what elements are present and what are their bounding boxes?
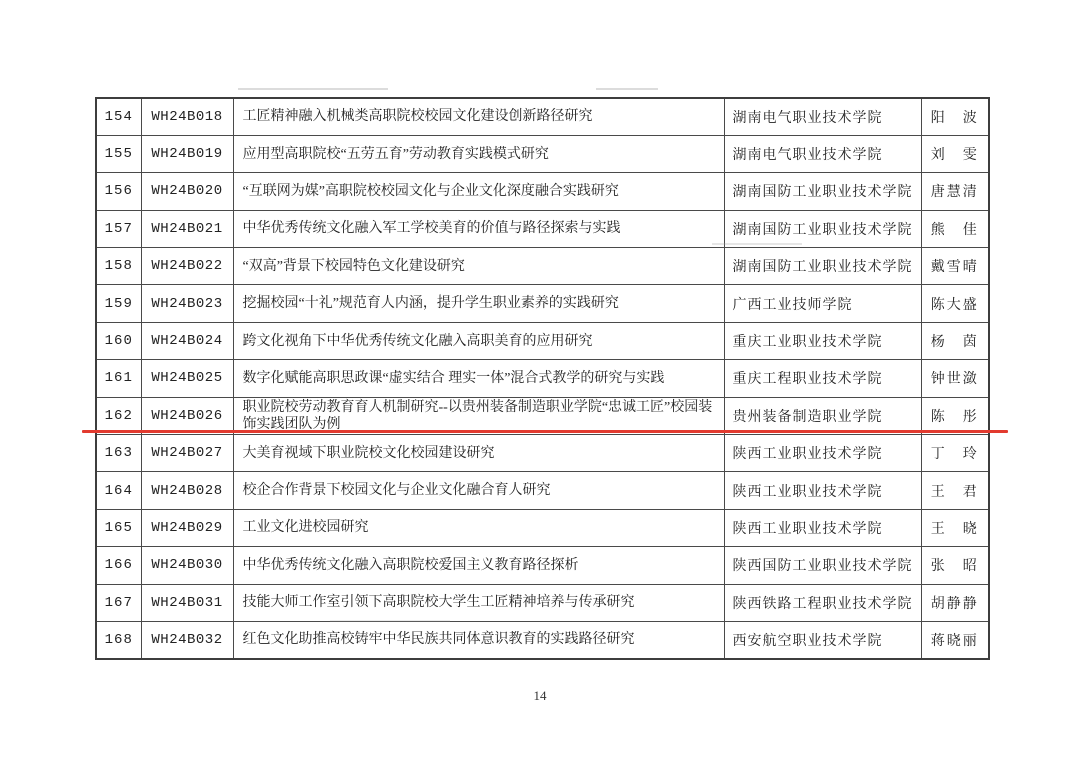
project-title-cell: “互联网为媒”高职院校校园文化与企业文化深度融合实践研究	[233, 173, 724, 210]
projects-table-body: 154 WH24B018 工匠精神融入机械类高职院校校园文化建设创新路径研究 湖…	[96, 98, 989, 659]
table-row: 161 WH24B025 数字化赋能高职思政课“虚实结合 理实一体”混合式教学的…	[96, 360, 989, 397]
project-code-cell: WH24B029	[141, 509, 233, 546]
project-code-cell: WH24B028	[141, 472, 233, 509]
table-row: 158 WH24B022 “双高”背景下校园特色文化建设研究 湖南国防工业职业技…	[96, 248, 989, 285]
leader-name-cell: 张 昭	[921, 547, 989, 584]
row-number-cell: 159	[96, 285, 141, 322]
leader-name-cell: 熊 佳	[921, 210, 989, 247]
project-title-cell: 挖掘校园“十礼”规范育人内涵，提升学生职业素养的实践研究	[233, 285, 724, 322]
project-title-cell: 职业院校劳动教育育人机制研究--以贵州装备制造职业学院“忠诚工匠”校园装饰实践团…	[233, 397, 724, 434]
project-title-cell: 校企合作背景下校园文化与企业文化融合育人研究	[233, 472, 724, 509]
table-row: 159 WH24B023 挖掘校园“十礼”规范育人内涵，提升学生职业素养的实践研…	[96, 285, 989, 322]
row-number-cell: 168	[96, 621, 141, 658]
table-row: 166 WH24B030 中华优秀传统文化融入高职院校爱国主义教育路径探析 陕西…	[96, 547, 989, 584]
scan-artifact	[238, 88, 388, 90]
institution-cell: 陕西工业职业技术学院	[724, 509, 921, 546]
scan-artifact	[596, 88, 658, 90]
table-row: 157 WH24B021 中华优秀传统文化融入军工学校美育的价值与路径探索与实践…	[96, 210, 989, 247]
project-title-cell: 跨文化视角下中华优秀传统文化融入高职美育的应用研究	[233, 322, 724, 359]
institution-cell: 湖南电气职业技术学院	[724, 135, 921, 172]
row-number-cell: 164	[96, 472, 141, 509]
institution-cell: 湖南电气职业技术学院	[724, 98, 921, 135]
leader-name-cell: 阳 波	[921, 98, 989, 135]
project-title-cell: 中华优秀传统文化融入军工学校美育的价值与路径探索与实践	[233, 210, 724, 247]
institution-cell: 广西工业技师学院	[724, 285, 921, 322]
row-number-cell: 167	[96, 584, 141, 621]
project-title-cell: 红色文化助推高校铸牢中华民族共同体意识教育的实践路径研究	[233, 621, 724, 658]
institution-cell: 西安航空职业技术学院	[724, 621, 921, 658]
table-row: 168 WH24B032 红色文化助推高校铸牢中华民族共同体意识教育的实践路径研…	[96, 621, 989, 658]
institution-cell: 陕西工业职业技术学院	[724, 472, 921, 509]
row-number-cell: 157	[96, 210, 141, 247]
project-title-cell: 数字化赋能高职思政课“虚实结合 理实一体”混合式教学的研究与实践	[233, 360, 724, 397]
leader-name-cell: 杨 茵	[921, 322, 989, 359]
project-title-cell: 工业文化进校园研究	[233, 509, 724, 546]
project-code-cell: WH24B025	[141, 360, 233, 397]
table-row: 164 WH24B028 校企合作背景下校园文化与企业文化融合育人研究 陕西工业…	[96, 472, 989, 509]
row-number-cell: 165	[96, 509, 141, 546]
project-title-cell: 应用型高职院校“五劳五育”劳动教育实践模式研究	[233, 135, 724, 172]
project-title-cell: 大美育视域下职业院校文化校园建设研究	[233, 435, 724, 472]
row-number-cell: 156	[96, 173, 141, 210]
project-code-cell: WH24B027	[141, 435, 233, 472]
scan-artifact	[712, 243, 802, 245]
table-row: 154 WH24B018 工匠精神融入机械类高职院校校园文化建设创新路径研究 湖…	[96, 98, 989, 135]
table-row: 155 WH24B019 应用型高职院校“五劳五育”劳动教育实践模式研究 湖南电…	[96, 135, 989, 172]
institution-cell: 湖南国防工业职业技术学院	[724, 248, 921, 285]
leader-name-cell: 胡静静	[921, 584, 989, 621]
institution-cell: 陕西铁路工程职业技术学院	[724, 584, 921, 621]
red-underline-annotation	[82, 430, 1008, 433]
project-code-cell: WH24B024	[141, 322, 233, 359]
project-title-cell: 中华优秀传统文化融入高职院校爱国主义教育路径探析	[233, 547, 724, 584]
leader-name-cell: 钟世潋	[921, 360, 989, 397]
project-code-cell: WH24B030	[141, 547, 233, 584]
leader-name-cell: 戴雪晴	[921, 248, 989, 285]
institution-cell: 陕西工业职业技术学院	[724, 435, 921, 472]
table-row: 156 WH24B020 “互联网为媒”高职院校校园文化与企业文化深度融合实践研…	[96, 173, 989, 210]
page-number: 14	[0, 688, 1080, 704]
row-number-cell: 154	[96, 98, 141, 135]
project-code-cell: WH24B032	[141, 621, 233, 658]
leader-name-cell: 唐慧清	[921, 173, 989, 210]
leader-name-cell: 王 晓	[921, 509, 989, 546]
project-title-cell: 技能大师工作室引领下高职院校大学生工匠精神培养与传承研究	[233, 584, 724, 621]
institution-cell: 重庆工程职业技术学院	[724, 360, 921, 397]
project-title-cell: 工匠精神融入机械类高职院校校园文化建设创新路径研究	[233, 98, 724, 135]
leader-name-cell: 陈 彤	[921, 397, 989, 434]
leader-name-cell: 陈大盛	[921, 285, 989, 322]
table-row: 167 WH24B031 技能大师工作室引领下高职院校大学生工匠精神培养与传承研…	[96, 584, 989, 621]
row-number-cell: 163	[96, 435, 141, 472]
leader-name-cell: 蒋晓丽	[921, 621, 989, 658]
project-title-cell: “双高”背景下校园特色文化建设研究	[233, 248, 724, 285]
institution-cell: 陕西国防工业职业技术学院	[724, 547, 921, 584]
institution-cell: 重庆工业职业技术学院	[724, 322, 921, 359]
scan-artifact	[330, 620, 450, 622]
table-row: 162 WH24B026 职业院校劳动教育育人机制研究--以贵州装备制造职业学院…	[96, 397, 989, 434]
project-code-cell: WH24B018	[141, 98, 233, 135]
row-number-cell: 161	[96, 360, 141, 397]
leader-name-cell: 刘 雯	[921, 135, 989, 172]
project-code-cell: WH24B021	[141, 210, 233, 247]
row-number-cell: 155	[96, 135, 141, 172]
document-page: 154 WH24B018 工匠精神融入机械类高职院校校园文化建设创新路径研究 湖…	[0, 0, 1080, 764]
table-row: 160 WH24B024 跨文化视角下中华优秀传统文化融入高职美育的应用研究 重…	[96, 322, 989, 359]
projects-table: 154 WH24B018 工匠精神融入机械类高职院校校园文化建设创新路径研究 湖…	[95, 97, 990, 660]
leader-name-cell: 丁 玲	[921, 435, 989, 472]
project-code-cell: WH24B020	[141, 173, 233, 210]
project-code-cell: WH24B026	[141, 397, 233, 434]
project-code-cell: WH24B023	[141, 285, 233, 322]
project-code-cell: WH24B022	[141, 248, 233, 285]
row-number-cell: 162	[96, 397, 141, 434]
table-row: 165 WH24B029 工业文化进校园研究 陕西工业职业技术学院 王 晓	[96, 509, 989, 546]
project-code-cell: WH24B031	[141, 584, 233, 621]
project-code-cell: WH24B019	[141, 135, 233, 172]
institution-cell: 湖南国防工业职业技术学院	[724, 210, 921, 247]
row-number-cell: 160	[96, 322, 141, 359]
row-number-cell: 166	[96, 547, 141, 584]
row-number-cell: 158	[96, 248, 141, 285]
institution-cell: 贵州装备制造职业学院	[724, 397, 921, 434]
table-row: 163 WH24B027 大美育视域下职业院校文化校园建设研究 陕西工业职业技术…	[96, 435, 989, 472]
institution-cell: 湖南国防工业职业技术学院	[724, 173, 921, 210]
leader-name-cell: 王 君	[921, 472, 989, 509]
